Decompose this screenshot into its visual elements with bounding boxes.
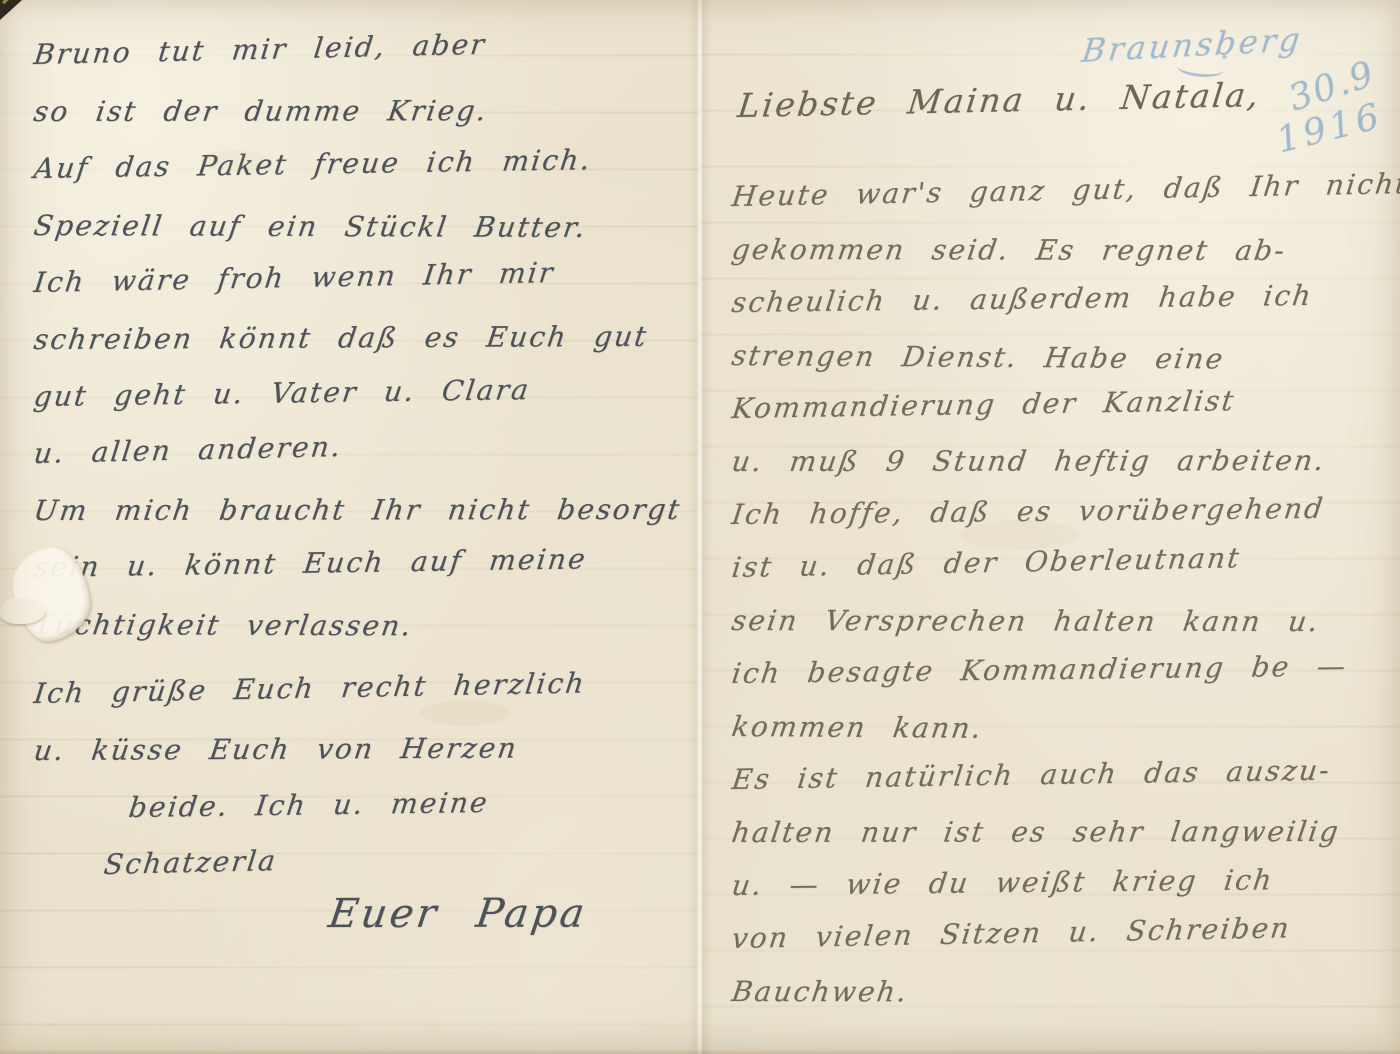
handwriting-line: u. — wie du weißt krieg ich — [730, 863, 1276, 902]
center-fold-crease — [688, 0, 712, 1054]
bottom-paper-edge — [0, 1049, 1400, 1054]
handwriting-line: ist u. daß der Oberleutnant — [730, 541, 1243, 584]
letter-scan: { "document": { "kind": "Two-page handwr… — [0, 0, 1400, 1054]
handwriting-line: u. allen anderen. — [32, 430, 344, 470]
handwriting-line: Ich wäre froh wenn Ihr mir — [32, 256, 557, 299]
handwriting-line: halten nur ist es sehr langweilig — [730, 815, 1342, 849]
handwriting-line: schreiben könnt daß es Euch gut — [32, 320, 650, 356]
handwriting-line: Speziell auf ein Stückl Butter. — [32, 209, 590, 244]
handwriting-line: Tüchtigkeit verlassen. — [32, 608, 415, 642]
handwriting-line: Schatzerla — [102, 844, 279, 881]
handwriting-line: u. küsse Euch von Herzen — [32, 731, 520, 767]
handwriting-line: kommen kann. — [730, 710, 986, 745]
handwriting-line: Heute war's ganz gut, daß Ihr nicht — [730, 167, 1400, 213]
handwriting-line: scheulich u. außerdem habe ich — [730, 279, 1315, 319]
handwriting-line: Auf das Paket freue ich mich. — [32, 143, 594, 185]
handwriting-line: von vielen Sitzen u. Schreiben — [730, 911, 1293, 955]
handwriting-line: gut geht u. Vater u. Clara — [32, 373, 532, 413]
handwriting-line: so ist der dumme Krieg. — [32, 94, 490, 128]
handwriting-line: ich besagte Kommandierung be — — [730, 649, 1350, 690]
scanned-letter: Bruno tut mir leid, aberso ist der dumme… — [0, 0, 1400, 1054]
handwriting-line: gekommen seid. Es regnet ab- — [730, 233, 1289, 267]
letter-page-left: Bruno tut mir leid, aberso ist der dumme… — [0, 0, 700, 1054]
handwriting-line: Ich hoffe, daß es vorübergehend — [730, 492, 1327, 531]
handwriting-line: beide. Ich u. meine — [127, 786, 491, 824]
handwriting-line: sein Versprechen halten kann u. — [730, 604, 1322, 638]
signature: Euer Papa — [326, 891, 590, 937]
handwriting-line: sein u. könnt Euch auf meine — [32, 542, 589, 584]
handwriting-line: Kommandierung der Kanzlist — [730, 384, 1237, 425]
handwriting-line: Bauchweh. — [730, 975, 911, 1008]
handwriting-line: Bruno tut mir leid, aber — [32, 28, 488, 71]
handwriting-line: strengen Dienst. Habe eine — [730, 339, 1227, 375]
pencil-dot-mark — [1222, 55, 1227, 59]
handwriting-line: Ich grüße Euch recht herzlich — [32, 666, 588, 710]
handwriting-line: u. muß 9 Stund heftig arbeiten. — [730, 444, 1328, 478]
handwriting-line: Es ist natürlich auch das auszu- — [730, 754, 1333, 796]
handwriting-line: Um mich braucht Ihr nicht besorgt — [32, 493, 684, 527]
